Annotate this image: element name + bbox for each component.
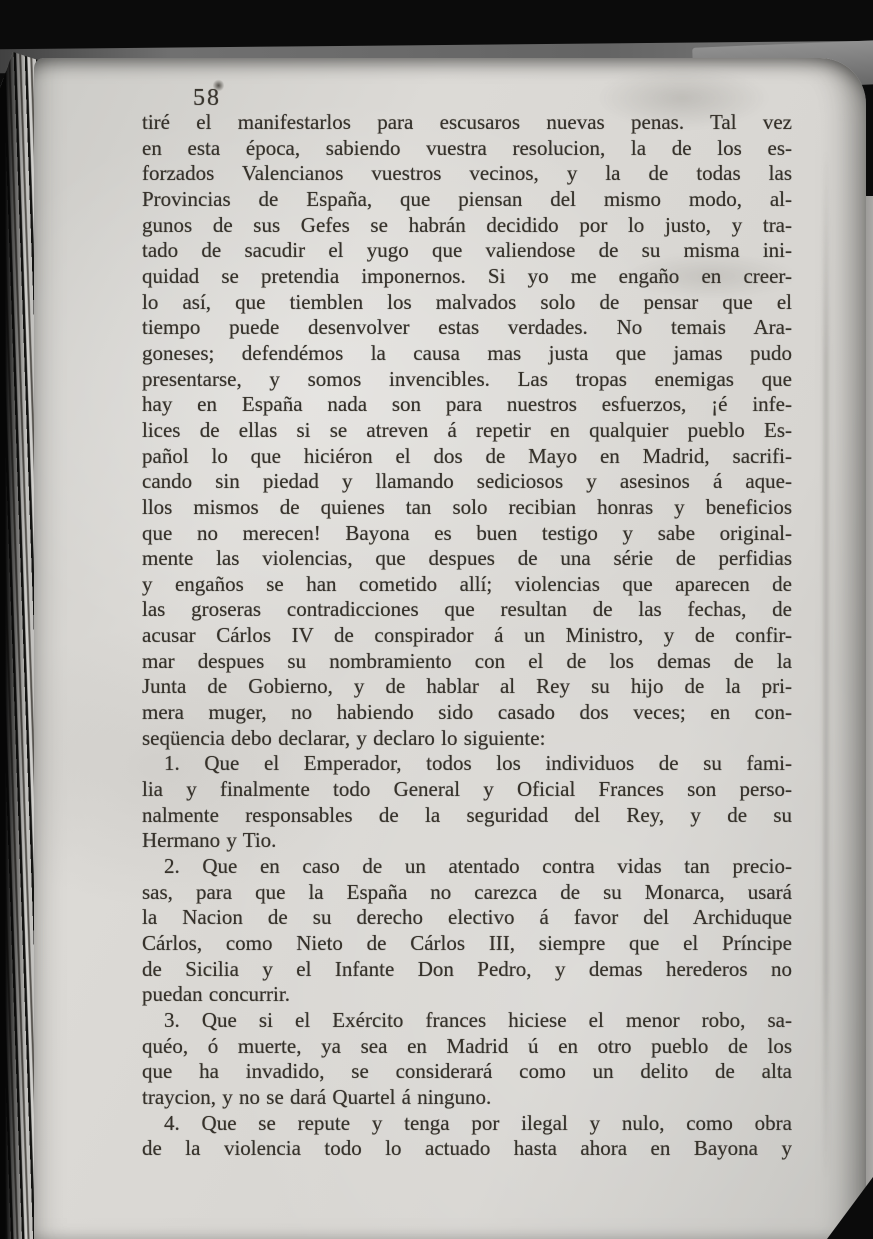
text-line: sas, para que la España no carezca de su… bbox=[142, 880, 792, 906]
text-line: en esta época, sabiendo vuestra resoluci… bbox=[142, 136, 792, 162]
text-line: de la violencia todo lo actuado hasta ah… bbox=[142, 1136, 792, 1162]
text-line: las groseras contradicciones que resulta… bbox=[142, 597, 792, 623]
page-text: tiré el manifestarlos para escusaros nue… bbox=[142, 110, 792, 1162]
text-line: quéo, ó muerte, ya sea en Madrid ú en ot… bbox=[142, 1034, 792, 1060]
text-line: 4. Que se repute y tenga por ilegal y nu… bbox=[142, 1111, 792, 1137]
text-line: cando sin piedad y llamando sediciosos y… bbox=[142, 469, 792, 495]
text-line: de Sicilia y el Infante Don Pedro, y dem… bbox=[142, 957, 792, 983]
text-line: quidad se pretendia imponernos. Si yo me… bbox=[142, 264, 792, 290]
text-line: llos mismos de quienes tan solo recibian… bbox=[142, 495, 792, 521]
text-line: Cárlos, como Nieto de Cárlos III, siempr… bbox=[142, 931, 792, 957]
text-line: Provincias de España, que piensan del mi… bbox=[142, 187, 792, 213]
text-line: que ha invadido, se considerará como un … bbox=[142, 1059, 792, 1085]
book-photo: 58 tiré el manifestarlos para escusaros … bbox=[0, 0, 873, 1239]
text-line: nalmente responsables de la seguridad de… bbox=[142, 803, 792, 829]
text-line: Junta de Gobierno, y de hablar al Rey su… bbox=[142, 674, 792, 700]
text-line: mente las violencias, que despues de una… bbox=[142, 546, 792, 572]
text-line: seqüencia debo declarar, y declaro lo si… bbox=[142, 726, 792, 752]
text-line: goneses; defendémos la causa mas justa q… bbox=[142, 341, 792, 367]
text-line: pañol lo que hiciéron el dos de Mayo en … bbox=[142, 444, 792, 470]
text-line: mar despues su nombramiento con el de lo… bbox=[142, 649, 792, 675]
text-line: traycion, y no se dará Quartel á ninguno… bbox=[142, 1085, 792, 1111]
text-line: presentarse, y somos invencibles. Las tr… bbox=[142, 367, 792, 393]
text-line: Hermano y Tio. bbox=[142, 828, 792, 854]
text-line: 2. Que en caso de un atentado contra vid… bbox=[142, 854, 792, 880]
page-number: 58 bbox=[193, 85, 221, 112]
text-line: lo así, que tiemblen los malvados solo d… bbox=[142, 290, 792, 316]
text-line: mera muger, no habiendo sido casado dos … bbox=[142, 700, 792, 726]
text-line: lices de ellas si se atreven á repetir e… bbox=[142, 418, 792, 444]
text-line: hay en España nada son para nuestros esf… bbox=[142, 392, 792, 418]
text-line: la Nacion de su derecho electivo á favor… bbox=[142, 905, 792, 931]
text-line: 3. Que si el Exército frances hiciese el… bbox=[142, 1008, 792, 1034]
text-line: tiré el manifestarlos para escusaros nue… bbox=[142, 110, 792, 136]
text-line: puedan concurrir. bbox=[142, 982, 792, 1008]
text-line: y engaños se han cometido allí; violenci… bbox=[142, 572, 792, 598]
text-line: 1. Que el Emperador, todos los individuo… bbox=[142, 751, 792, 777]
text-line: que no merecen! Bayona es buen testigo y… bbox=[142, 521, 792, 547]
text-line: gunos de sus Gefes se habrán decidido po… bbox=[142, 213, 792, 239]
text-line: tado de sacudir el yugo que valiendose d… bbox=[142, 238, 792, 264]
text-line: tiempo puede desenvolver estas verdades.… bbox=[142, 315, 792, 341]
text-line: lia y finalmente todo General y Oficial … bbox=[142, 777, 792, 803]
page-curl-shadow bbox=[824, 150, 828, 1179]
text-line: forzados Valencianos vuestros vecinos, y… bbox=[142, 161, 792, 187]
text-line: acusar Cárlos IV de conspirador á un Min… bbox=[142, 623, 792, 649]
